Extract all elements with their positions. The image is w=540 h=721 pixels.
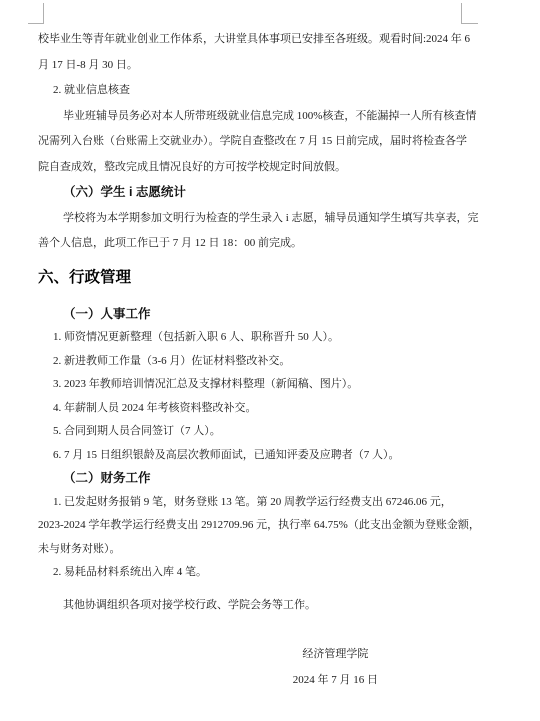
signature-block: 经济管理学院 2024 年 7 月 16 日 <box>293 642 378 693</box>
page-margin-mark-left <box>28 3 44 24</box>
text-line[interactable]: 校毕业生等青年就业创业工作体系，大讲堂具体事项已安排至各班级。观看时间:2024… <box>38 27 480 53</box>
text-line[interactable]: 2023-2024 学年教学运行经费支出 2912709.96 元，执行率 64… <box>38 514 480 538</box>
text-line[interactable]: 其他协调组织各项对接学校行政、学院会务等工作。 <box>38 593 480 619</box>
numbered-item[interactable]: 6. 7 月 15 日组织银龄及高层次教师面试，已通知评委及应聘者（7 人）。 <box>38 444 480 468</box>
page-margin-mark-right <box>461 3 478 24</box>
numbered-item[interactable]: 2. 就业信息核查 <box>38 78 480 104</box>
sub-heading[interactable]: （六）学生 i 志愿统计 <box>38 180 480 206</box>
text-line[interactable]: 况需列入台账（台账需上交就业办）。学院自查整改在 7 月 15 日前完成，届时将… <box>38 129 480 155</box>
numbered-item[interactable]: 2. 易耗品材料系统出入库 4 笔。 <box>38 561 480 585</box>
text-line[interactable]: 月 17 日-8 月 30 日。 <box>38 53 480 79</box>
document-page: 校毕业生等青年就业创业工作体系，大讲堂具体事项已安排至各班级。观看时间:2024… <box>0 0 540 721</box>
numbered-item[interactable]: 1. 师资情况更新整理（包括新入职 6 人、职称晋升 50 人）。 <box>38 326 480 350</box>
numbered-item[interactable]: 2. 新进教师工作量（3-6 月）佐证材料整改补交。 <box>38 350 480 374</box>
numbered-item[interactable]: 1. 已发起财务报销 9 笔，财务登账 13 笔。第 20 周教学运行经费支出 … <box>38 491 480 515</box>
text-line[interactable]: 毕业班辅导员务必对本人所带班级就业信息完成 100%核查，不能漏掉一人所有核查情 <box>38 104 480 130</box>
text-line[interactable]: 善个人信息，此项工作已于 7 月 12 日 18：00 前完成。 <box>38 231 480 257</box>
numbered-item[interactable]: 3. 2023 年教师培训情况汇总及支撑材料整理（新闻稿、图片）。 <box>38 373 480 397</box>
text-line[interactable]: 未与财务对账）。 <box>38 538 480 562</box>
numbered-item[interactable]: 4. 年薪制人员 2024 年考核资料整改补交。 <box>38 397 480 421</box>
signature-org[interactable]: 经济管理学院 <box>293 642 378 668</box>
text-line[interactable]: 学校将为本学期参加文明行为检查的学生录入 i 志愿，辅导员通知学生填写共享表，完 <box>38 206 480 232</box>
section-heading[interactable]: 六、行政管理 <box>38 263 480 293</box>
sub-heading[interactable]: （二）财务工作 <box>38 467 480 491</box>
text-line[interactable]: 院自查成效，整改完成且情况良好的方可按学校规定时间放假。 <box>38 155 480 181</box>
signature-date[interactable]: 2024 年 7 月 16 日 <box>293 668 378 694</box>
sub-heading[interactable]: （一）人事工作 <box>38 303 480 327</box>
numbered-item[interactable]: 5. 合同到期人员合同签订（7 人）。 <box>38 420 480 444</box>
